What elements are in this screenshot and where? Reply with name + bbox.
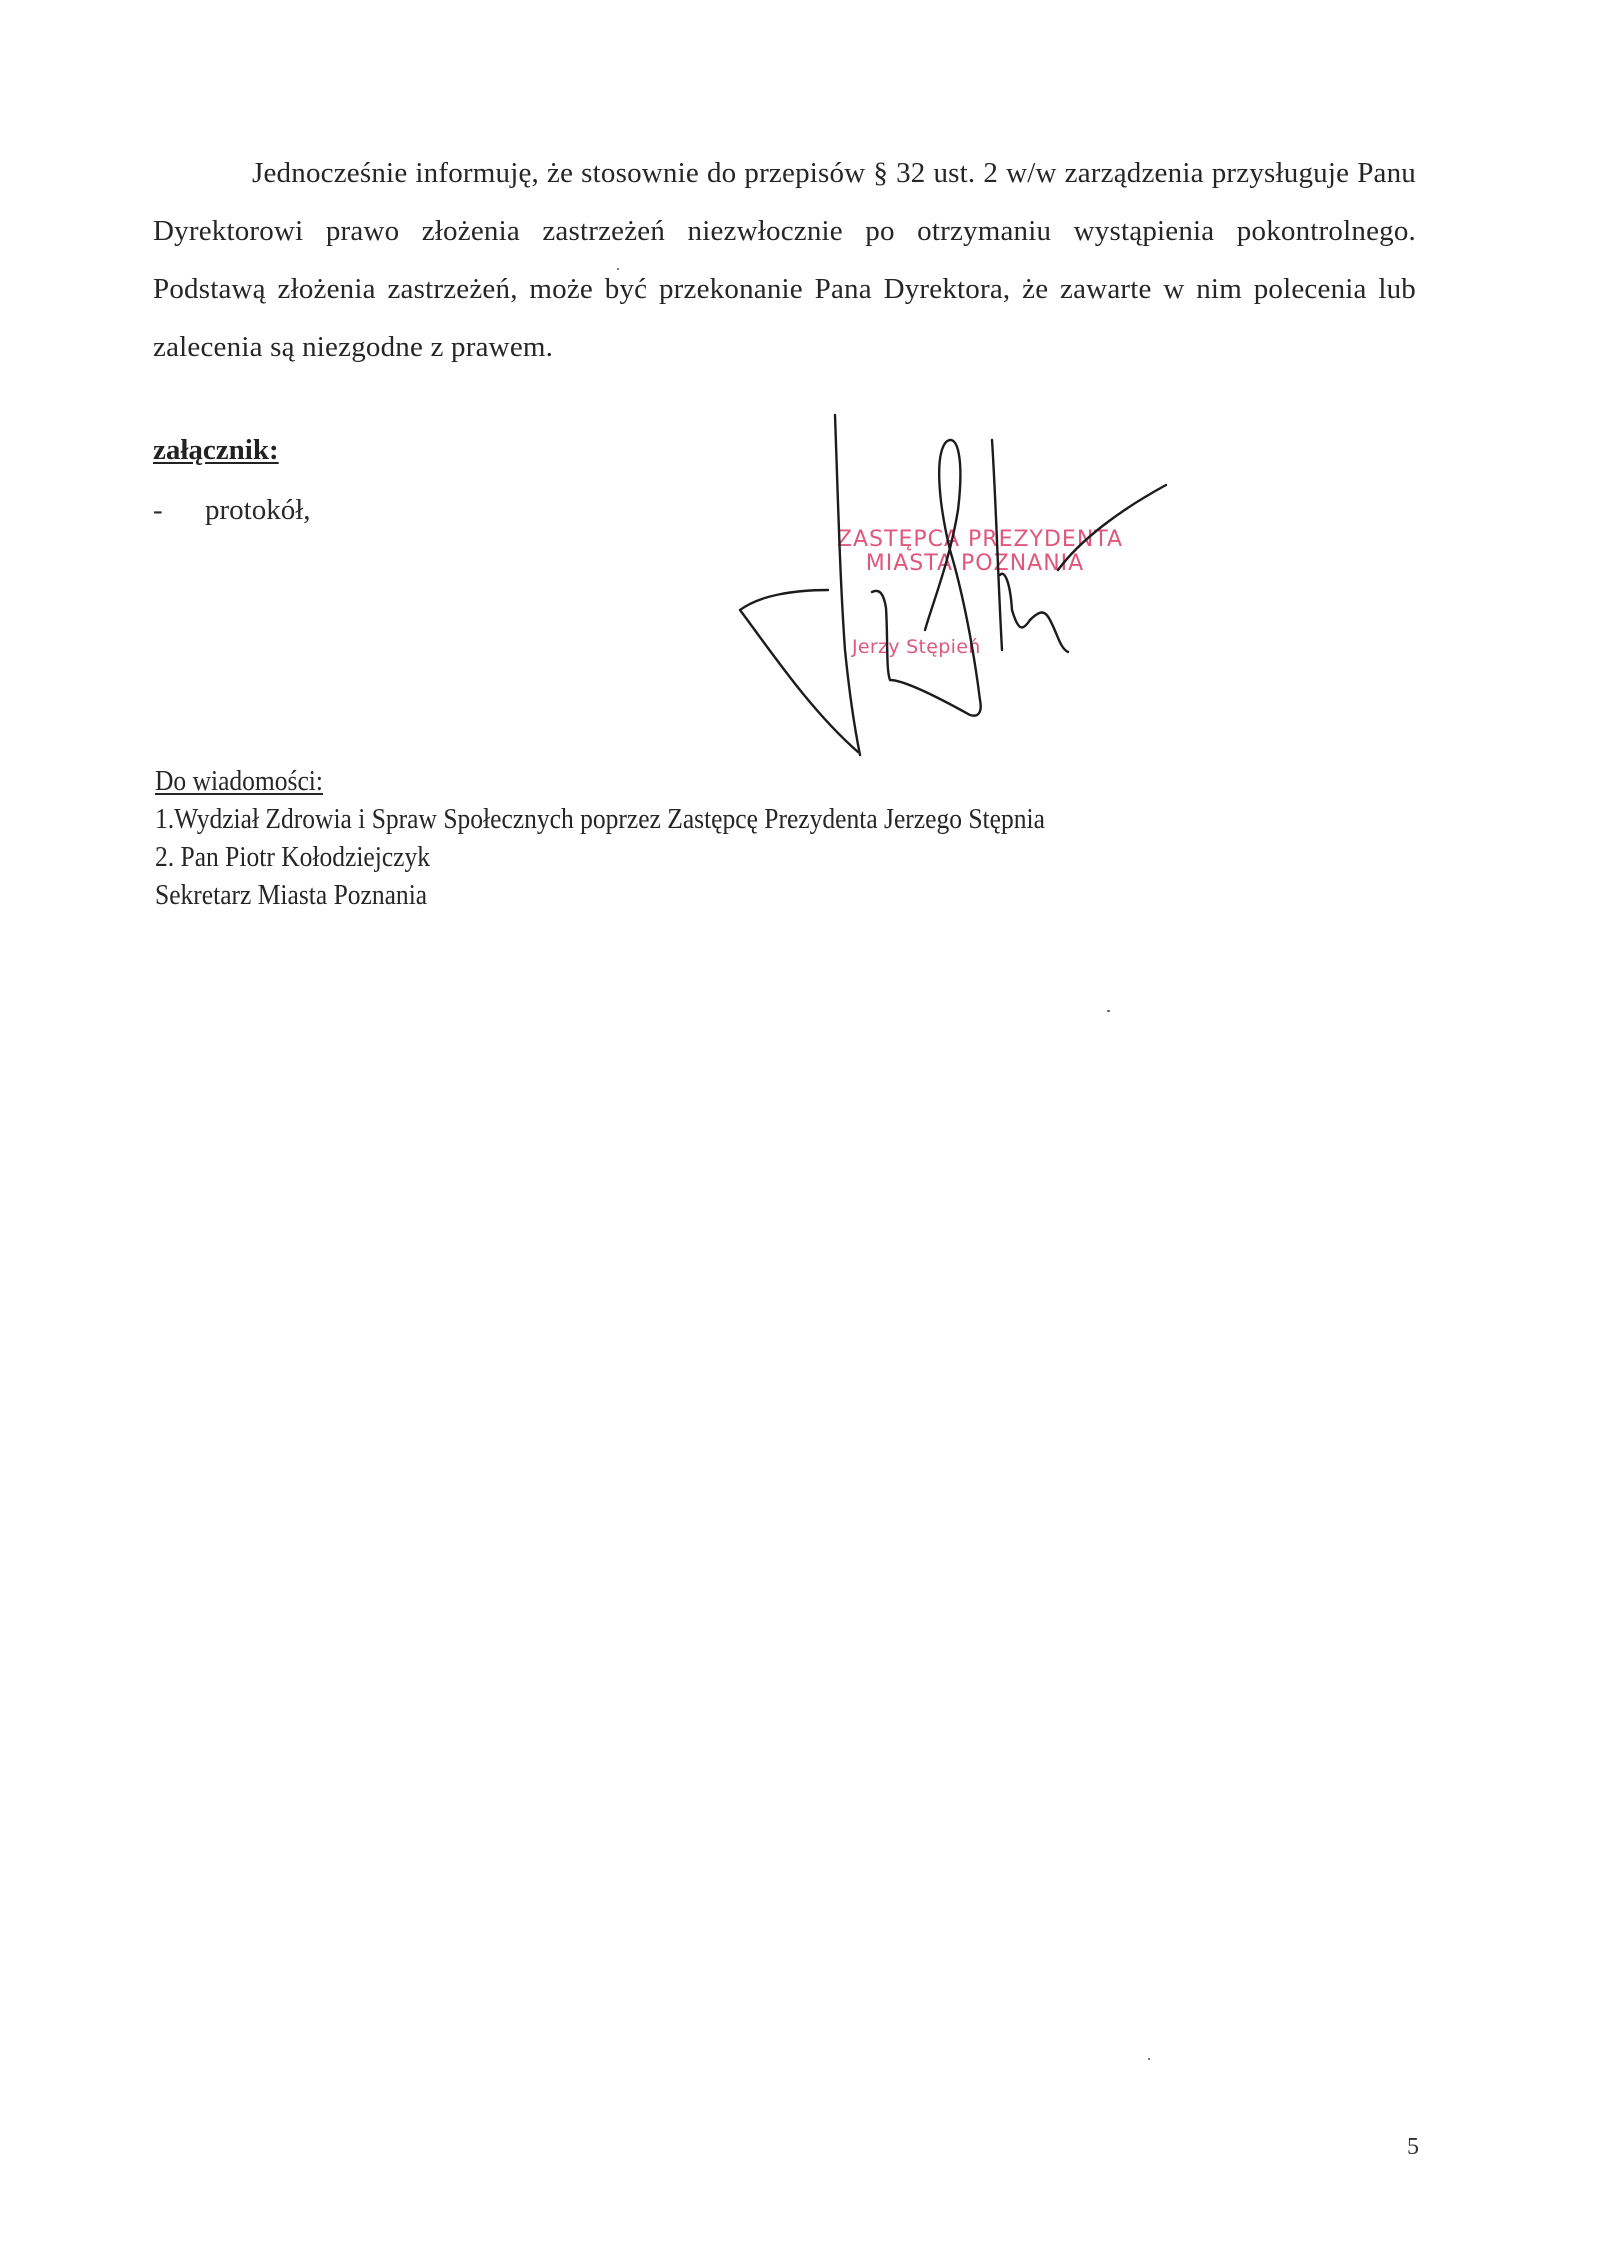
attachment-heading: załącznik:: [153, 434, 279, 467]
attachment-item-text: protokół,: [205, 494, 311, 526]
official-stamp: ZASTĘPCA PREZYDENTA MIASTA POZNANIA: [790, 528, 1210, 576]
paragraph-line-1: Jednocześnie informuję, że stosownie do …: [252, 157, 1204, 189]
scan-speck: [617, 268, 619, 270]
scan-speck: [1148, 2058, 1150, 2060]
handwritten-signature-icon: [700, 380, 1400, 780]
distribution-item: 2. Pan Piotr Kołodziejczyk: [155, 838, 1045, 876]
distribution-item: 1.Wydział Zdrowia i Spraw Społecznych po…: [155, 800, 1045, 838]
attachment-item: -protokół,: [153, 494, 311, 527]
distribution-item: Sekretarz Miasta Poznania: [155, 876, 1045, 914]
body-paragraph: Jednocześnie informuję, że stosownie do …: [153, 144, 1416, 376]
stamp-name: Jerzy Stępień: [852, 636, 981, 658]
scan-speck: [1107, 1010, 1110, 1012]
page-number: 5: [1407, 2134, 1419, 2161]
stamp-title-line: ZASTĘPCA PREZYDENTA: [790, 528, 1210, 552]
document-page: Jednocześnie informuję, że stosownie do …: [0, 0, 1615, 2251]
distribution-list: Do wiadomości: 1.Wydział Zdrowia i Spraw…: [155, 762, 1045, 914]
attachment-bullet: -: [153, 494, 205, 527]
stamp-office-line: MIASTA POZNANIA: [790, 552, 1210, 576]
distribution-heading: Do wiadomości:: [155, 762, 1045, 800]
